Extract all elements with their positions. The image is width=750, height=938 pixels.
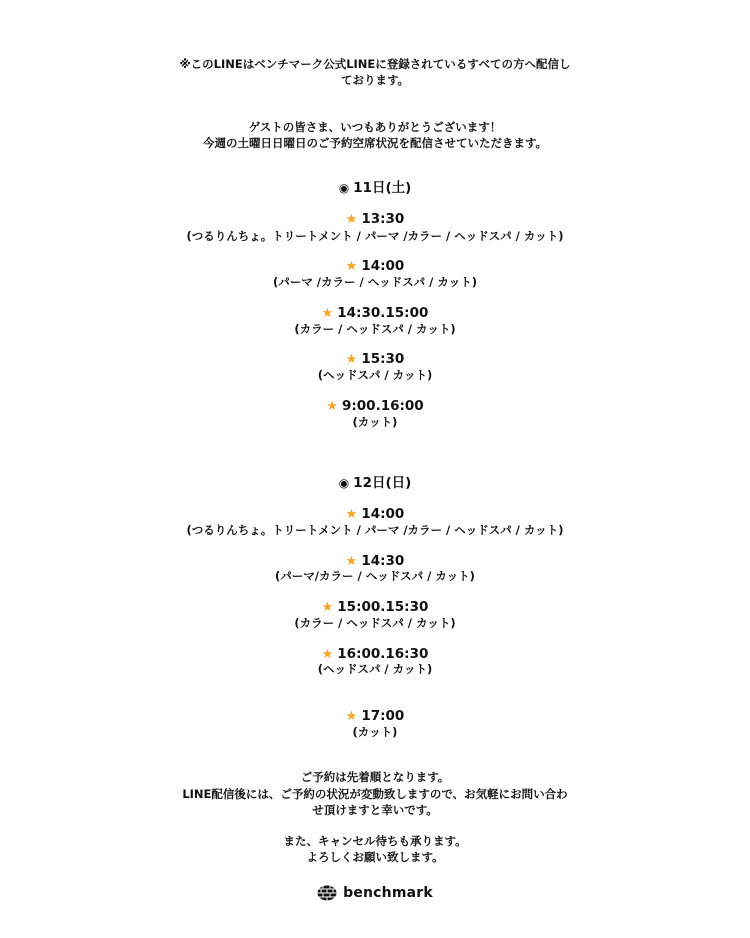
star-icon: ★: [346, 259, 358, 274]
star-icon: ★: [322, 647, 334, 662]
slot-menu: (ヘッドスパ / カット): [0, 661, 750, 677]
brand-name: benchmark: [343, 885, 433, 901]
notes-line-2: LINE配信後には、ご予約の状況が変動致しますので、お気軽にお問い合わ: [0, 786, 750, 802]
slot-menu: (カット): [0, 724, 750, 740]
star-icon: ★: [322, 306, 334, 321]
slot-menu: (つるりんちょ。トリートメント / パーマ /カラー / ヘッドスパ / カット…: [0, 228, 750, 244]
slot-menu: (ヘッドスパ / カット): [0, 367, 750, 383]
slot-menu: (つるりんちょ。トリートメント / パーマ /カラー / ヘッドスパ / カット…: [0, 522, 750, 538]
broadcast-message: ※このLINEはベンチマーク公式LINEに登録されているすべての方へ配信し てお…: [0, 0, 750, 938]
star-icon: ★: [346, 352, 358, 367]
bullet-icon: ◉: [339, 476, 349, 490]
slot-menu: (パーマ /カラー / ヘッドスパ / カット): [0, 274, 750, 290]
star-icon: ★: [322, 600, 334, 615]
star-icon: ★: [326, 399, 338, 414]
slot-time: ★13:30: [0, 210, 750, 229]
notes-line-5: よろしくお願い致します。: [0, 849, 750, 865]
notes-line-4: また、キャンセル待ちも承ります。: [0, 833, 750, 849]
star-icon: ★: [346, 554, 358, 569]
day-label: 11日(土): [353, 180, 411, 196]
bullet-icon: ◉: [339, 181, 349, 195]
greeting-line-2: 今週の土曜日日曜日のご予約空席状況を配信させていただきます。: [0, 135, 750, 151]
star-icon: ★: [346, 709, 358, 724]
notes-line-1: ご予約は先着順となります。: [0, 769, 750, 785]
notes-line-3: せ頂けますと幸いです。: [0, 802, 750, 818]
star-icon: ★: [346, 212, 358, 227]
intro-line-2: ております。: [0, 72, 750, 88]
day-header-sun: ◉12日(日): [0, 474, 750, 492]
brick-globe-icon: [317, 885, 337, 901]
greeting-line-1: ゲストの皆さま、いつもありがとうございます！: [0, 119, 750, 135]
slot-menu: (カラー / ヘッドスパ / カット): [0, 321, 750, 337]
slot-menu: (パーマ/カラー / ヘッドスパ / カット): [0, 568, 750, 584]
day-header-sat: ◉11日(土): [0, 179, 750, 197]
intro-line-1: ※このLINEはベンチマーク公式LINEに登録されているすべての方へ配信し: [0, 56, 750, 72]
slot-menu: (カット): [0, 414, 750, 430]
star-icon: ★: [346, 507, 358, 522]
brand-logo: benchmark: [0, 885, 750, 901]
day-label: 12日(日): [353, 475, 411, 491]
slot-menu: (カラー / ヘッドスパ / カット): [0, 615, 750, 631]
